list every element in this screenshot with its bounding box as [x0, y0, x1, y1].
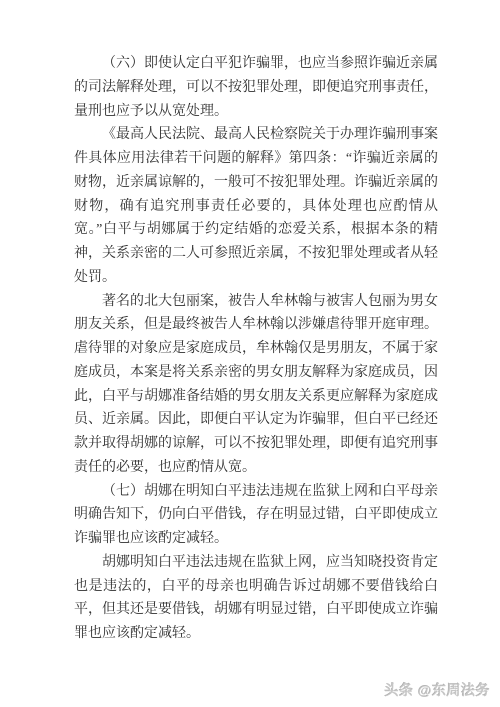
- document-body: （六）即使认定白平犯诈骗罪，也应当参照诈骗近亲属的司法解释处理，可以不按犯罪处理…: [74, 52, 438, 646]
- paragraph: 《最高人民法院、最高人民检察院关于办理诈骗刑事案件具体应用法律若干问题的解释》第…: [74, 123, 438, 289]
- watermark-label: 头条 @东周法务: [384, 682, 490, 698]
- paragraph: 著名的北大包丽案，被告人牟林翰与被害人包丽为男女朋友关系，但是最终被告人牟林翰以…: [74, 290, 438, 480]
- watermark: 头条 @东周法务: [384, 680, 490, 700]
- paragraph: （六）即使认定白平犯诈骗罪，也应当参照诈骗近亲属的司法解释处理，可以不按犯罪处理…: [74, 52, 438, 123]
- paragraph: （七）胡娜在明知白平违法违规在监狱上网和白平母亲明确告知下，仍向白平借钱，存在明…: [74, 480, 438, 551]
- document-page: （六）即使认定白平犯诈骗罪，也应当参照诈骗近亲属的司法解释处理，可以不按犯罪处理…: [0, 0, 500, 707]
- paragraph: 胡娜明知白平违法违规在监狱上网，应当知晓投资肯定也是违法的，白平的母亲也明确告诉…: [74, 551, 438, 646]
